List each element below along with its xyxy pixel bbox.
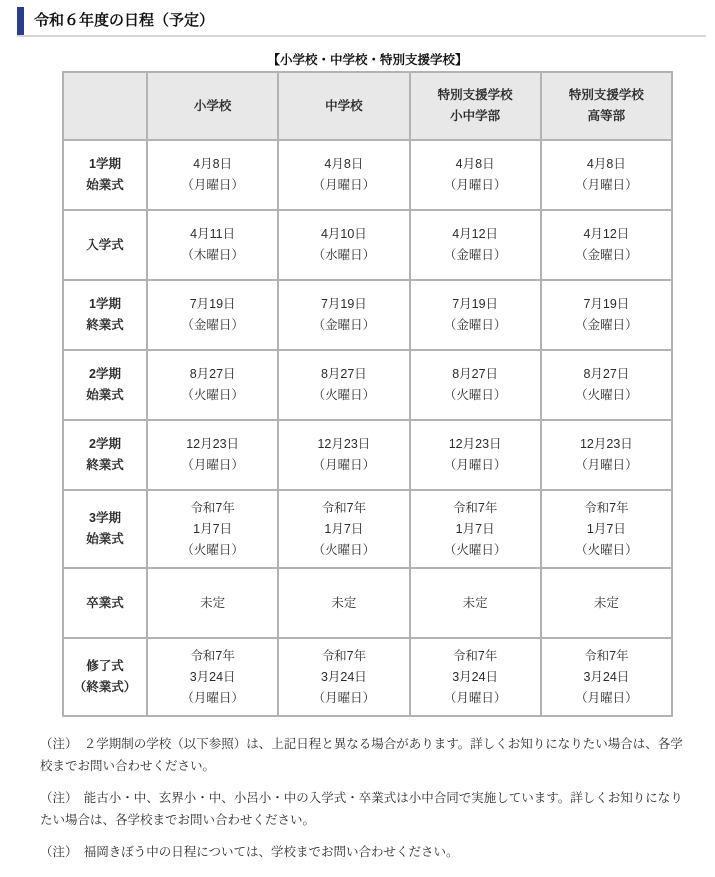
table-row: 3学期 始業式 令和7年 1月7日 （火曜日） 令和7年 1月7日 （火曜日） … xyxy=(63,490,672,568)
row-header: 修了式 （終業式） xyxy=(63,638,147,716)
schedule-section: 【小学校・中学校・特別支援学校】 小学校 中学校 特別支援学校 小中学部 特別支… xyxy=(62,50,673,717)
table-cell: 7月19日 （金曜日） xyxy=(147,280,278,350)
table-row: 2学期 終業式 12月23日 （月曜日） 12月23日 （月曜日） 12月23日… xyxy=(63,420,672,490)
column-header-special-elem-jr: 特別支援学校 小中学部 xyxy=(410,72,541,140)
table-row: 卒業式 未定 未定 未定 未定 xyxy=(63,568,672,638)
column-header-special-high: 特別支援学校 高等部 xyxy=(541,72,672,140)
table-cell: 8月27日 （火曜日） xyxy=(278,350,409,420)
table-cell: 12月23日 （月曜日） xyxy=(410,420,541,490)
table-row: 修了式 （終業式） 令和7年 3月24日 （月曜日） 令和7年 3月24日 （月… xyxy=(63,638,672,716)
table-cell: 4月8日 （月曜日） xyxy=(410,140,541,210)
row-header: 2学期 終業式 xyxy=(63,420,147,490)
table-cell: 4月8日 （月曜日） xyxy=(278,140,409,210)
table-row: 2学期 始業式 8月27日 （火曜日） 8月27日 （火曜日） 8月27日 （火… xyxy=(63,350,672,420)
row-header: 1学期 終業式 xyxy=(63,280,147,350)
table-cell: 4月10日 （水曜日） xyxy=(278,210,409,280)
table-cell: 12月23日 （月曜日） xyxy=(278,420,409,490)
table-cell: 4月8日 （月曜日） xyxy=(147,140,278,210)
table-cell: 令和7年 3月24日 （月曜日） xyxy=(278,638,409,716)
row-header: 3学期 始業式 xyxy=(63,490,147,568)
table-row: 1学期 始業式 4月8日 （月曜日） 4月8日 （月曜日） 4月8日 （月曜日）… xyxy=(63,140,672,210)
row-header: 1学期 始業式 xyxy=(63,140,147,210)
table-cell: 令和7年 1月7日 （火曜日） xyxy=(278,490,409,568)
table-cell: 令和7年 1月7日 （火曜日） xyxy=(541,490,672,568)
row-header: 卒業式 xyxy=(63,568,147,638)
table-cell: 令和7年 1月7日 （火曜日） xyxy=(147,490,278,568)
column-header-empty xyxy=(63,72,147,140)
note-two-semester-schools: （注） ２学期制の学校（以下参照）は、上記日程と異なる場合があります。詳しくお知… xyxy=(40,733,695,777)
table-cell: 8月27日 （火曜日） xyxy=(541,350,672,420)
table-cell: 令和7年 1月7日 （火曜日） xyxy=(410,490,541,568)
table-cell: 8月27日 （火曜日） xyxy=(147,350,278,420)
table-row: 入学式 4月11日 （木曜日） 4月10日 （水曜日） 4月12日 （金曜日） … xyxy=(63,210,672,280)
table-cell: 令和7年 3月24日 （月曜日） xyxy=(541,638,672,716)
row-header: 2学期 始業式 xyxy=(63,350,147,420)
page-title: 令和６年度の日程（予定） xyxy=(17,7,706,35)
table-caption: 【小学校・中学校・特別支援学校】 xyxy=(62,50,673,68)
table-cell: 4月8日 （月曜日） xyxy=(541,140,672,210)
table-cell: 未定 xyxy=(541,568,672,638)
column-header-elementary: 小学校 xyxy=(147,72,278,140)
table-cell: 令和7年 3月24日 （月曜日） xyxy=(410,638,541,716)
table-cell: 4月12日 （金曜日） xyxy=(410,210,541,280)
table-cell: 未定 xyxy=(410,568,541,638)
table-cell: 7月19日 （金曜日） xyxy=(541,280,672,350)
schedule-table: 小学校 中学校 特別支援学校 小中学部 特別支援学校 高等部 1学期 始業式 4… xyxy=(62,71,673,717)
table-row: 1学期 終業式 7月19日 （金曜日） 7月19日 （金曜日） 7月19日 （金… xyxy=(63,280,672,350)
page-heading-band: 令和６年度の日程（予定） xyxy=(17,7,706,37)
table-cell: 12月23日 （月曜日） xyxy=(541,420,672,490)
table-cell: 7月19日 （金曜日） xyxy=(410,280,541,350)
table-cell: 令和7年 3月24日 （月曜日） xyxy=(147,638,278,716)
note-fukuoka-kibou: （注） 福岡きぼう中の日程については、学校までお問い合わせください。 xyxy=(40,841,695,863)
table-cell: 未定 xyxy=(147,568,278,638)
column-header-junior-high: 中学校 xyxy=(278,72,409,140)
table-cell: 4月12日 （金曜日） xyxy=(541,210,672,280)
table-cell: 未定 xyxy=(278,568,409,638)
row-header: 入学式 xyxy=(63,210,147,280)
table-cell: 12月23日 （月曜日） xyxy=(147,420,278,490)
table-cell: 7月19日 （金曜日） xyxy=(278,280,409,350)
header-row: 小学校 中学校 特別支援学校 小中学部 特別支援学校 高等部 xyxy=(63,72,672,140)
note-combined-ceremonies: （注） 能古小・中、玄界小・中、小呂小・中の入学式・卒業式は小中合同で実施してい… xyxy=(40,787,695,831)
table-cell: 4月11日 （木曜日） xyxy=(147,210,278,280)
table-cell: 8月27日 （火曜日） xyxy=(410,350,541,420)
